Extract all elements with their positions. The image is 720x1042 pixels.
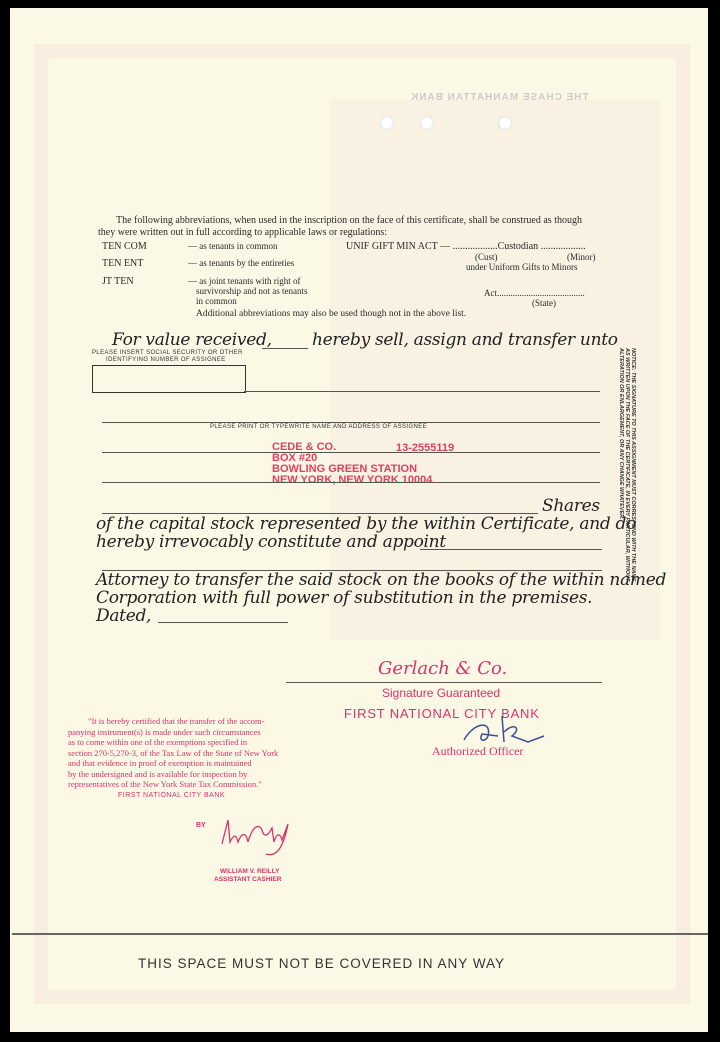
- tax-line: "It is hereby certified that the transfe…: [68, 716, 338, 727]
- state-label: (State): [532, 298, 556, 308]
- tax-line: by the undersigned and is available for …: [68, 769, 338, 780]
- tax-stamp-bank: FIRST NATIONAL CITY BANK: [118, 792, 225, 799]
- attorney-line[interactable]: [420, 549, 602, 550]
- unif-gift-act: UNIF GIFT MIN ACT — ..................Cu…: [346, 241, 586, 252]
- ssn-label-1: PLEASE INSERT SOCIAL SECURITY OR OTHER: [92, 350, 243, 356]
- bottom-divider: [12, 933, 708, 935]
- act-label: Act.....................................…: [484, 288, 585, 298]
- cashier-name: WILLIAM V. REILLY: [220, 868, 279, 875]
- notice-block: NOTICE: THE SIGNATURE TO THIS ASSIGNMENT…: [622, 344, 632, 594]
- abbrev-intro-2: they were written out in full according …: [98, 227, 387, 238]
- attorney-text: Attorney to transfer the said stock on t…: [96, 570, 666, 590]
- ghost-bank-name: THE CHASE MANHATTAN BANK: [410, 92, 589, 103]
- address-line-2[interactable]: [102, 452, 600, 453]
- tax-line: and that evidence in proof of exemption …: [68, 758, 338, 769]
- abbrev-meaning: — as tenants in common: [188, 241, 278, 251]
- authorized-officer-label: Authorized Officer: [432, 744, 523, 759]
- assignor-signature: Gerlach & Co.: [378, 658, 507, 679]
- tax-exemption-stamp: "It is hereby certified that the transfe…: [68, 716, 338, 790]
- abbrev-meaning-2: survivorship and not as tenants: [196, 286, 308, 296]
- punch-hole: [380, 116, 394, 130]
- dated-line[interactable]: [158, 622, 288, 623]
- abbrev-meaning: — as joint tenants with right of: [188, 276, 301, 286]
- for-value-received: For value received,: [112, 330, 272, 350]
- signature-line[interactable]: [286, 682, 602, 683]
- tax-line: as to come within one of the exemptions …: [68, 737, 338, 748]
- assignee-name-line[interactable]: [244, 391, 600, 392]
- address-line-3[interactable]: [102, 482, 600, 483]
- hereby-sell-text: hereby sell, assign and transfer unto: [312, 330, 618, 350]
- ssn-label-2: IDENTIFYING NUMBER OF ASSIGNEE: [106, 357, 226, 363]
- stamp-line-4: NEW YORK, NEW YORK 10004: [272, 475, 432, 486]
- tax-line: representatives of the New York State Ta…: [68, 779, 338, 790]
- capital-stock-text: of the capital stock represented by the …: [96, 514, 636, 534]
- by-label: BY: [196, 822, 206, 829]
- punch-hole: [498, 116, 512, 130]
- name-address-label: PLEASE PRINT OR TYPEWRITE NAME AND ADDRE…: [210, 424, 427, 430]
- abbrev-intro-1: The following abbreviations, when used i…: [116, 215, 582, 226]
- tax-line: section 270-5,270-3, of the Tax Law of t…: [68, 748, 338, 759]
- ssn-input-box[interactable]: [92, 365, 246, 393]
- tax-line: panying instrument(s) is made under such…: [68, 727, 338, 738]
- cashier-title: ASSISTANT CASHIER: [214, 876, 281, 883]
- stock-certificate-back: THE CHASE MANHATTAN BANK The following a…: [10, 8, 708, 1032]
- corporation-text: Corporation with full power of substitut…: [96, 588, 592, 608]
- abbrev-code: TEN ENT: [102, 258, 143, 269]
- notice-line-1: NOTICE: THE SIGNATURE TO THIS ASSIGNMENT…: [630, 348, 636, 598]
- cust-label: (Cust): [475, 252, 498, 262]
- shares-label: Shares: [542, 496, 600, 516]
- minor-label: (Minor): [567, 252, 596, 262]
- dated-label: Dated,: [96, 606, 151, 626]
- abbrev-meaning-3: in common: [196, 296, 237, 306]
- abbrev-code: TEN COM: [102, 241, 147, 252]
- uniform-gifts-label: under Uniform Gifts to Minors: [466, 262, 578, 272]
- punch-hole: [420, 116, 434, 130]
- notice-line-2: AS WRITTEN UPON THE FACE OF THE CERTIFIC…: [624, 348, 630, 598]
- irrevocably-text: hereby irrevocably constitute and appoin…: [96, 532, 446, 552]
- do-not-cover-warning: THIS SPACE MUST NOT BE COVERED IN ANY WA…: [138, 956, 505, 971]
- signature-guaranteed-label: Signature Guaranteed: [382, 686, 500, 700]
- abbrev-code: JT TEN: [102, 276, 134, 287]
- show-through-panel: [330, 100, 660, 640]
- abbrev-meaning: — as tenants by the entireties: [188, 258, 294, 268]
- cashier-signature-icon: [218, 814, 298, 862]
- assignee-address-line[interactable]: [102, 422, 600, 423]
- additional-abbrev-note: Additional abbreviations may also be use…: [196, 309, 466, 319]
- blank-line: [262, 348, 308, 349]
- officer-signature-icon: [458, 712, 548, 748]
